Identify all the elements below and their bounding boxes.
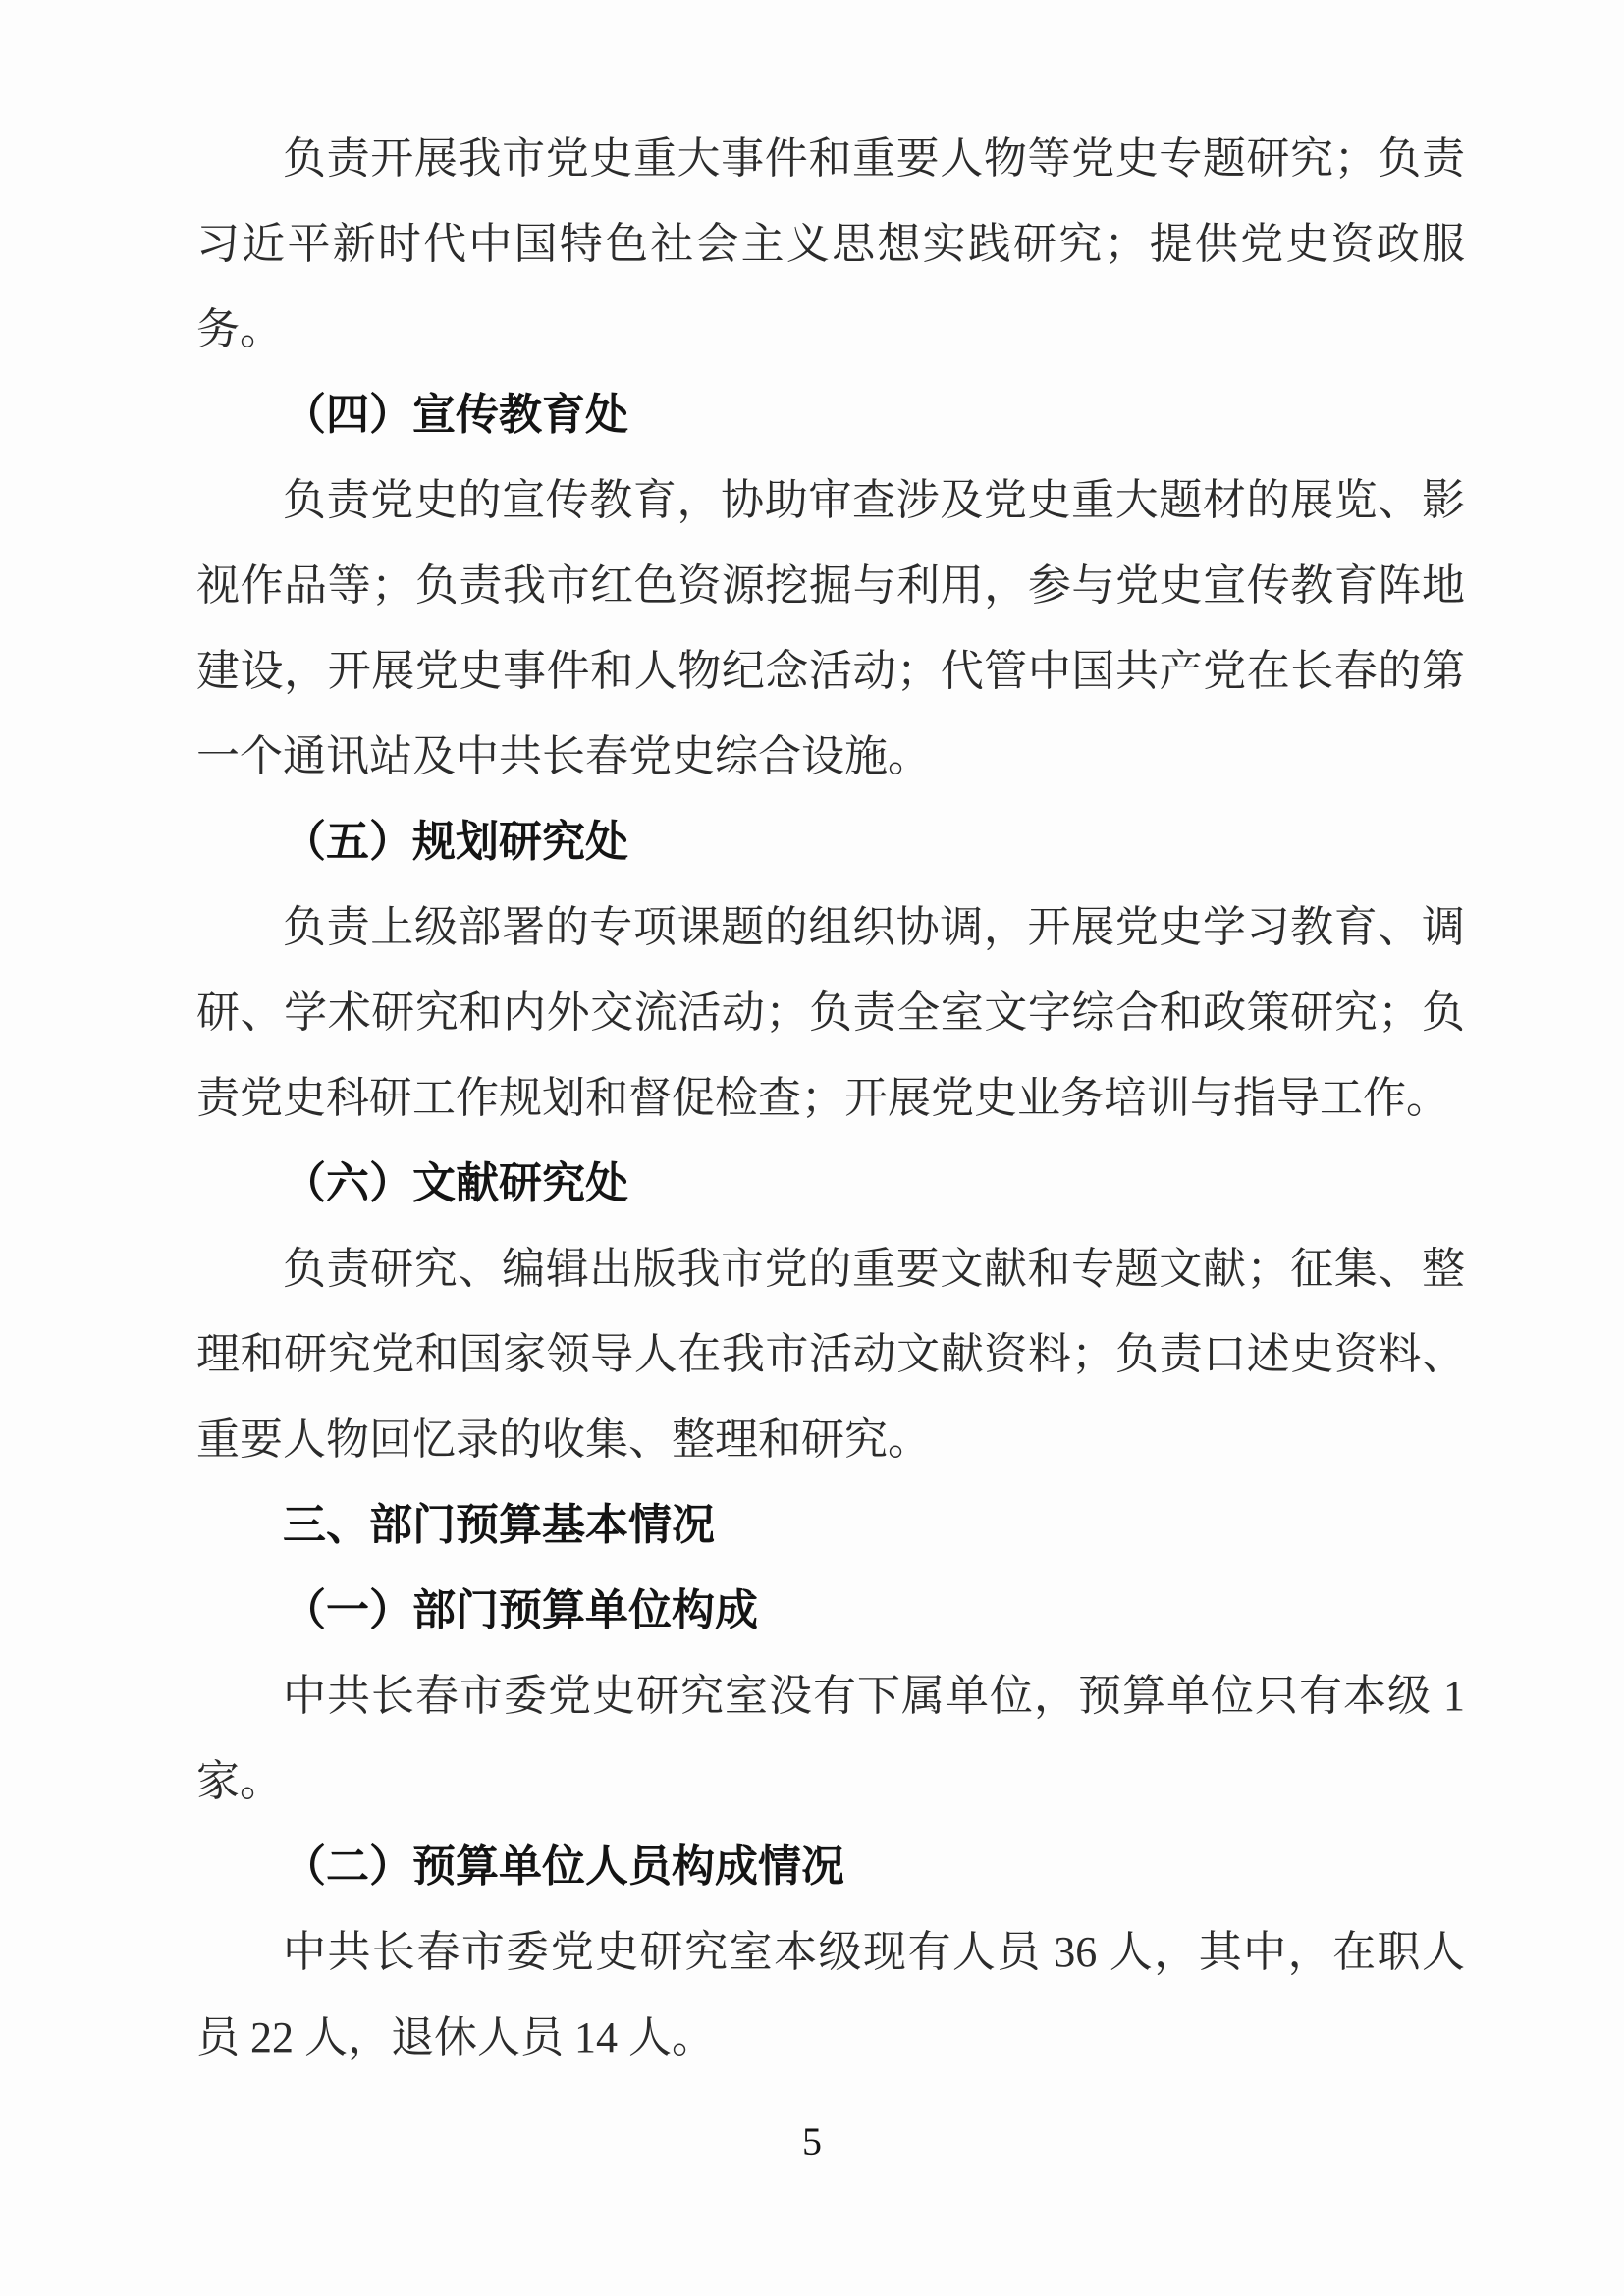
heading-section-six-literature-research-office: （六）文献研究处 (196, 1141, 1465, 1226)
para-personnel-composition: 中共长春市委党史研究室本级现有人员 36 人，其中，在职人员 22 人，退休人员… (196, 1909, 1465, 2080)
page-number: 5 (0, 2118, 1624, 2165)
para-budget-unit-composition: 中共长春市委党史研究室没有下属单位，预算单位只有本级 1 家。 (196, 1653, 1465, 1824)
heading-subsection-one-budget-unit-composition: （一）部门预算单位构成 (196, 1568, 1465, 1653)
heading-section-five-planning-research-office: （五）规划研究处 (196, 799, 1465, 884)
document-page: 负责开展我市党史重大事件和重要人物等党史专题研究；负责习近平新时代中国特色社会主… (0, 0, 1624, 2296)
para-planning-research-duties: 负责上级部署的专项课题的组织协调，开展党史学习教育、调研、学术研究和内外交流活动… (196, 884, 1465, 1141)
para-special-topic-research-duties: 负责开展我市党史重大事件和重要人物等党史专题研究；负责习近平新时代中国特色社会主… (196, 116, 1465, 372)
heading-section-four-propaganda-education-office: （四）宣传教育处 (196, 372, 1465, 457)
para-propaganda-education-duties: 负责党史的宣传教育，协助审查涉及党史重大题材的展览、影视作品等；负责我市红色资源… (196, 457, 1465, 799)
heading-subsection-two-personnel-composition: （二）预算单位人员构成情况 (196, 1824, 1465, 1909)
para-literature-research-duties: 负责研究、编辑出版我市党的重要文献和专题文献；征集、整理和研究党和国家领导人在我… (196, 1226, 1465, 1482)
heading-chapter-three-budget-basic-situation: 三、部门预算基本情况 (196, 1482, 1465, 1568)
document-body: 负责开展我市党史重大事件和重要人物等党史专题研究；负责习近平新时代中国特色社会主… (196, 116, 1465, 2080)
